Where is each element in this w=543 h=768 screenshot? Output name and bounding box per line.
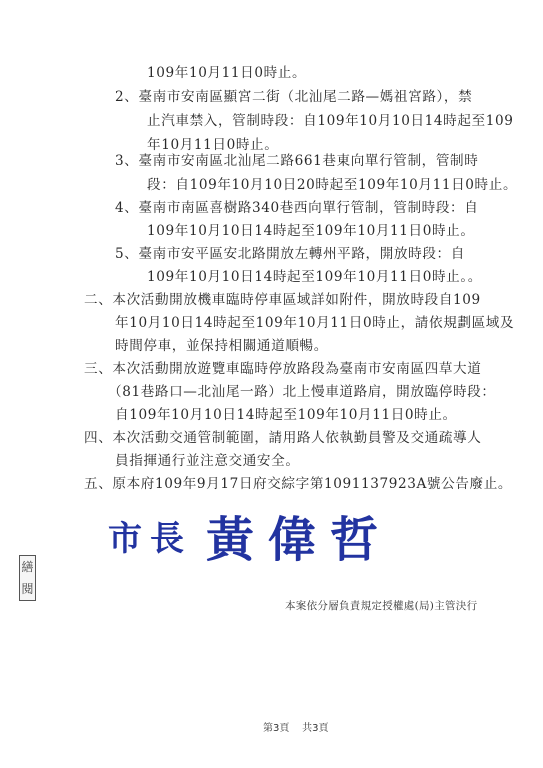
body-line: （81巷路口—北汕尾一路）北上慢車道路肩，開放臨停時段：	[108, 383, 496, 401]
signature-name: 黃偉哲	[206, 501, 392, 570]
body-line: 止汽車禁入，管制時段：自109年10月10日14時起至109	[147, 112, 513, 130]
seal-char: 閱	[21, 582, 33, 596]
body-line: 五、原本府109年9月17日府交綜字第1091137923A號公告廢止。	[84, 475, 512, 493]
body-line: 3、臺南市安南區北汕尾二路661巷東向單行管制，管制時	[115, 152, 478, 170]
body-line: 109年10月11日0時止。	[147, 64, 306, 82]
seal-char: 繕	[21, 560, 33, 574]
mayor-signature: 市長 黃偉哲	[108, 505, 392, 565]
signature-title: 市長	[108, 511, 192, 560]
body-line: 三、本次活動開放遊覽車臨時停放路段為臺南市安南區四草大道	[84, 360, 481, 378]
body-line: 時間停車，並保持相關通道順暢。	[115, 337, 328, 355]
body-line: 自109年10月10日14時起至109年10月11日0時止。	[115, 406, 457, 424]
review-seal-stamp: 繕 閱	[19, 555, 36, 601]
body-line: 109年10月10日14時起至109年10月11日0時止。。	[147, 268, 482, 286]
body-line: 2、臺南市安南區顯宮二街（北汕尾二路—媽祖宮路），禁	[115, 88, 472, 106]
body-line: 109年10月10日14時起至109年10月11日0時止。	[147, 222, 475, 240]
page-number: 第3頁 共3頁	[263, 719, 328, 734]
body-line: 年10月10日14時起至109年10月11日0時止，請依規劃區域及	[115, 314, 514, 332]
body-line: 4、臺南市南區喜樹路340巷西向單行管制，管制時段：自	[115, 199, 478, 217]
body-line: 員指揮通行並注意交通安全。	[115, 452, 300, 470]
delegation-note: 本案依分層負責規定授權處(局)主管決行	[285, 598, 477, 613]
body-line: 5、臺南市安平區安北路開放左轉州平路，開放時段：自	[115, 245, 465, 263]
body-line: 二、本次活動開放機車臨時停車區域詳如附件，開放時段自109	[84, 291, 481, 309]
body-line: 四、本次活動交通管制範圍，請用路人依執勤員警及交通疏導人	[84, 429, 481, 447]
body-line: 段：自109年10月10日20時起至109年10月11日0時止。	[147, 176, 517, 194]
